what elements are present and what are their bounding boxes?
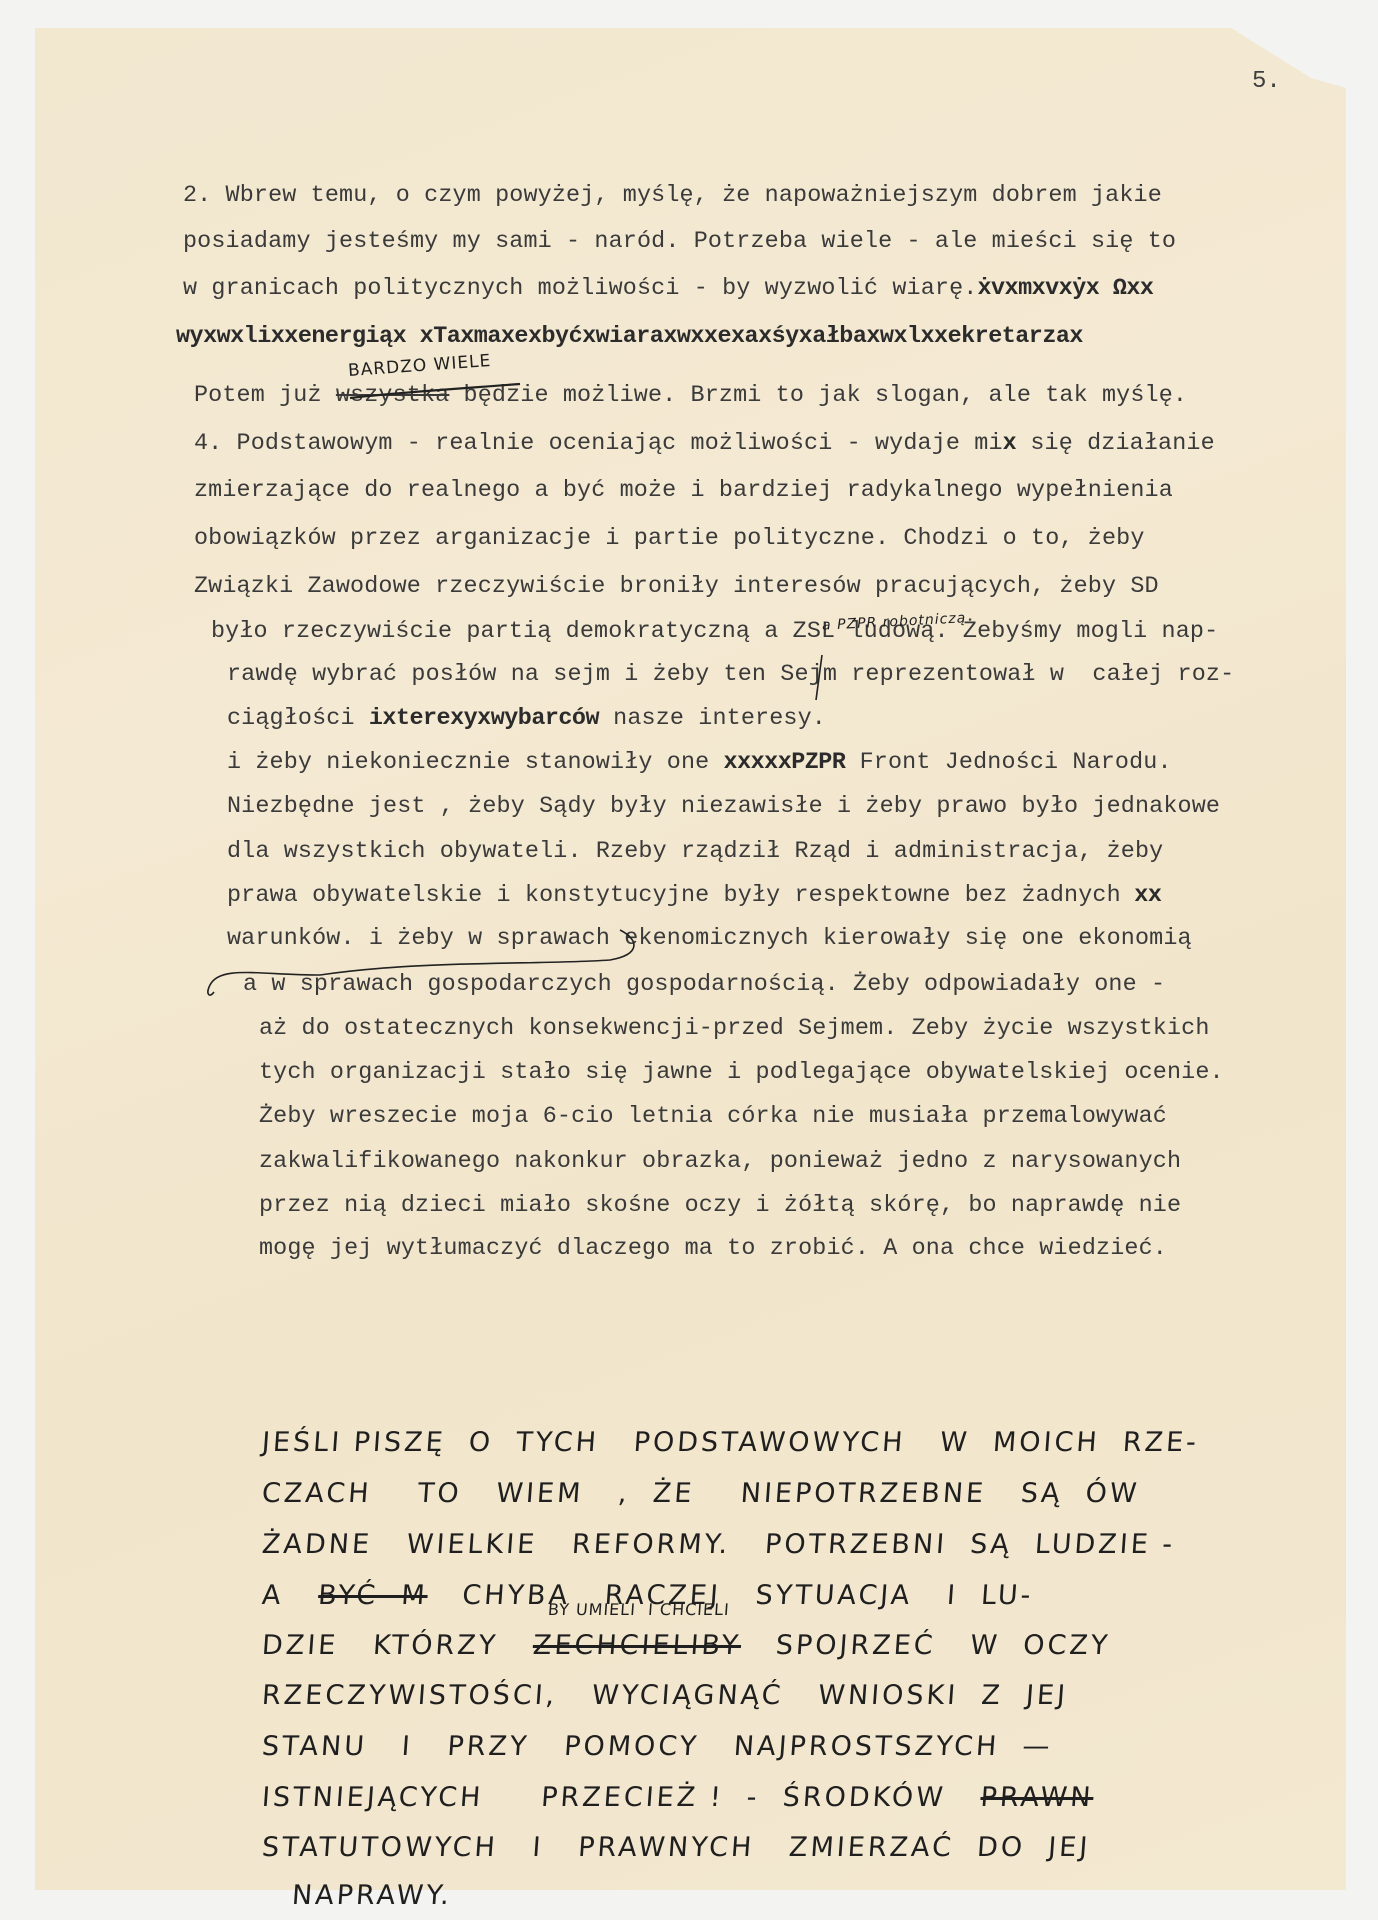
typed-line-21: Żeby wreszecie moja 6-cio letnia córka n… [259, 1103, 1167, 1131]
handwritten-strikeout: ZECHCIELIBY [532, 1630, 742, 1661]
typed-line-13: i żeby niekoniecznie stanowiły one xxxxx… [227, 749, 1172, 777]
typed-line-2: posiadamy jesteśmy my sami - naród. Potr… [183, 228, 1176, 256]
typed-line-8: obowiązków przez arganizacje i partie po… [194, 525, 1145, 553]
handwritten-line-7: STANU I PRZY POMOCY NAJPROSTSZYCH — [261, 1731, 1054, 1762]
typed-line-11: rawdę wybrać posłów na sejm i żeby ten S… [227, 661, 1234, 689]
handwritten-line-3: ŻADNE WIELKIE REFORMY. POTRZEBNI SĄ LUDZ… [261, 1529, 1176, 1560]
handwritten-line-9: STATUTOWYCH I PRAWNYCH ZMIERZAĆ DO JEJ [261, 1832, 1091, 1863]
typed-line-12: ciągłości ixterexyxwybarców nasze intere… [227, 705, 826, 733]
typed-line-4-struck: wyxwxlixxenergiąx xTaxmaxexbyćxwiaraxwxx… [176, 323, 1083, 351]
typed-strikeout: xxxxxPZPR [724, 750, 846, 776]
handwritten-line-6: RZECZYWISTOŚCI, WYCIĄGNĄĆ WNIOSKI Z JEJ [261, 1680, 1069, 1711]
handwritten-strikeout: BYĆ M [317, 1580, 429, 1611]
typed-line-3: w granicach politycznych możliwości - by… [183, 275, 1153, 303]
typed-line-6: 4. Podstawowym - realnie oceniając możli… [194, 430, 1215, 458]
typed-strikeout: ixterexyxwybarców [369, 706, 599, 732]
typed-line-7: zmierzające do realnego a być może i bar… [194, 477, 1173, 505]
typed-line-20: tych organizacji stało się jawne i podle… [259, 1059, 1224, 1087]
typed-line-23: przez nią dzieci miało skośne oczy i żół… [259, 1192, 1181, 1220]
typed-strikeout: wyxwxlixxenergiąx xTaxmaxexbyćxwiaraxwxx… [176, 324, 1083, 350]
typed-line-14: Niezbędne jest , żeby Sądy były niezawis… [227, 793, 1220, 821]
handwritten-line-8: ISTNIEJĄCYCH PRZECIEŻ ! - ŚRODKÓW PRAWN [261, 1782, 1095, 1813]
struck-word: wszystka [336, 383, 450, 409]
typed-line-22: zakwalifikowanego nakonkur obrazka, poni… [259, 1148, 1181, 1176]
typed-strikeout: ẋvxmxvxẏx Ωxx [977, 276, 1153, 302]
typed-line-5: Potem już wszystka będzie możliwe. Brzmi… [194, 382, 1187, 410]
handwritten-line-1: JEŚLI PISZĘ O TYCH PODSTAWOWYCH W MOICH … [261, 1427, 1200, 1458]
typed-line-10: było rzeczywiście partią demokratyczną a… [211, 618, 1218, 646]
typed-line-1: 2. Wbrew temu, o czym powyżej, myślę, że… [183, 182, 1162, 210]
typed-line-9: Związki Zawodowe rzeczywiście broniły in… [194, 573, 1159, 601]
typed-line-18: a w sprawach gospodarczych gospodarności… [243, 971, 1165, 999]
handwritten-line-10: NAPRAWY. [291, 1880, 453, 1911]
handwritten-line-2: CZACH TO WIEM , ŻE NIEPOTRZEBNE SĄ ÓW [261, 1478, 1141, 1509]
page-number: 5. [1252, 68, 1281, 95]
typed-line-24: mogę jej wytłumaczyć dlaczego ma to zrob… [259, 1235, 1167, 1263]
typed-line-17: warunków. i żeby w sprawach ekenomicznyc… [227, 925, 1192, 953]
typed-line-16: prawa obywatelskie i konstytucyjne były … [227, 882, 1161, 910]
typed-line-15: dla wszystkich obywateli. Rzeby rządził … [227, 838, 1163, 866]
handwritten-strikeout: PRAWN [979, 1782, 1094, 1813]
handwritten-line-5: DZIE KTÓRZY ZECHCIELIBY SPOJRZEĆ W OCZY [261, 1630, 1111, 1661]
typed-line-19: aż do ostatecznych konsekwencji-przed Se… [259, 1015, 1210, 1043]
handwritten-insert: BY UMIELI I CHCIELI [547, 1600, 730, 1619]
